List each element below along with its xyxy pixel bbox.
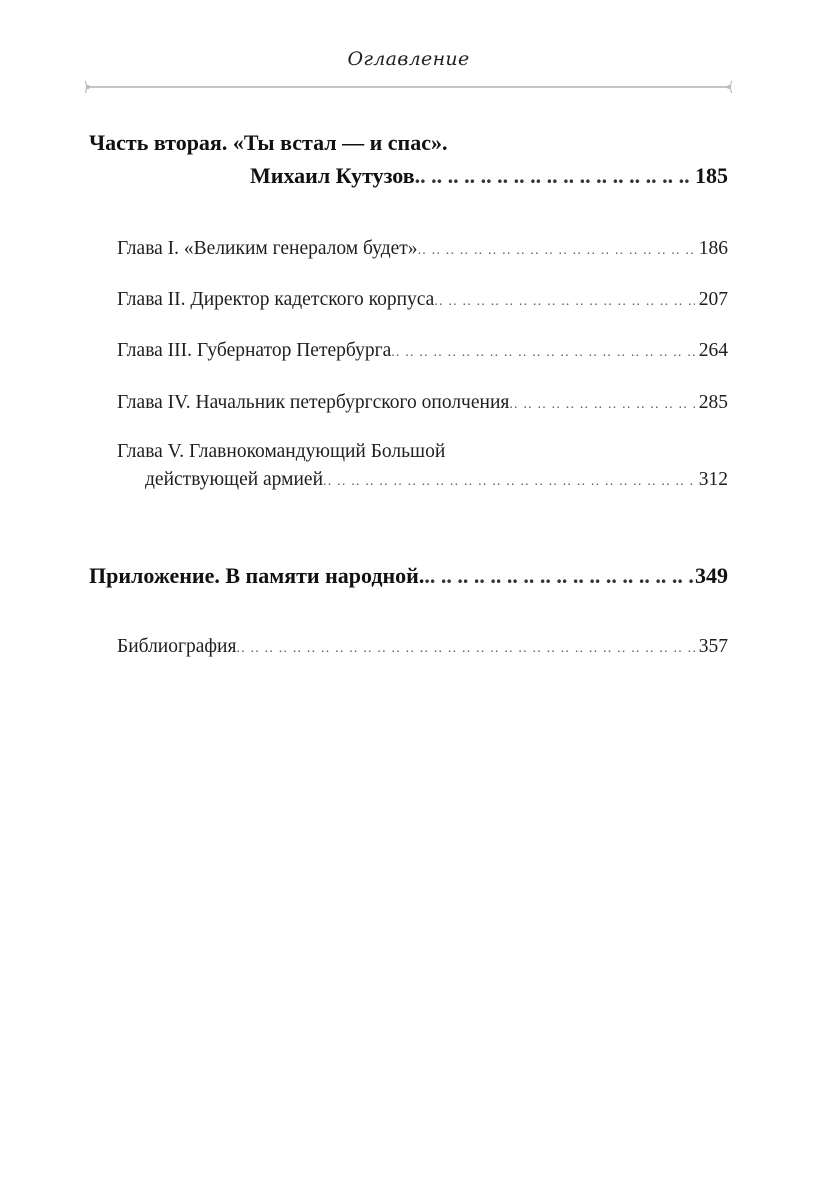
dot-leader: .. .. .. .. .. .. .. .. .. .. .. .. .. .… bbox=[418, 243, 695, 259]
chapter-title: Глава III. Губернатор Петербурга bbox=[117, 340, 391, 362]
running-head: Оглавление bbox=[0, 48, 817, 70]
part-two-line2: Михаил Кутузов .. .. .. .. .. .. .. .. .… bbox=[250, 163, 728, 189]
chapter-title: Глава V. Главнокомандующий Большой bbox=[117, 441, 445, 463]
rule-line bbox=[88, 86, 729, 88]
dot-leader: .. .. .. .. .. .. .. .. .. .. .. .. .. .… bbox=[415, 163, 695, 189]
page-number: 207 bbox=[695, 289, 728, 311]
decorative-rule bbox=[80, 80, 737, 94]
page-number: 186 bbox=[695, 238, 728, 260]
part-two-title: Часть вторая. «Ты встал — и спас». bbox=[89, 130, 448, 156]
dot-leader: .. .. .. .. .. .. .. .. .. .. .. .. .. .… bbox=[434, 294, 694, 310]
dot-leader: .. .. .. .. .. .. .. .. .. .. .. .. .. .… bbox=[323, 474, 695, 490]
fleuron-right-icon bbox=[723, 80, 737, 94]
page-number: 185 bbox=[695, 163, 728, 189]
dot-leader: .. .. .. .. .. .. .. .. .. .. .. .. .. .… bbox=[509, 397, 694, 413]
page-number: 312 bbox=[695, 469, 728, 491]
page-number: 357 bbox=[695, 636, 728, 658]
chapter-title: Глава II. Директор кадетского корпуса bbox=[117, 289, 434, 311]
dot-leader: .. .. .. .. .. .. .. .. .. .. .. .. .. .… bbox=[424, 563, 695, 589]
bibliography-title: Библиография bbox=[117, 636, 236, 658]
page-number: 285 bbox=[695, 392, 728, 414]
dot-leader: .. .. .. .. .. .. .. .. .. .. .. .. .. .… bbox=[236, 641, 694, 657]
part-two-subtitle: Михаил Кутузов bbox=[250, 163, 415, 189]
page-number: 349 bbox=[695, 563, 728, 589]
chapter-title: Глава I. «Великим генералом будет» bbox=[117, 238, 418, 260]
chapter-title-continuation: действующей армией bbox=[145, 469, 323, 491]
chapter-title: Глава IV. Начальник петербургского ополч… bbox=[117, 392, 509, 414]
page-number: 264 bbox=[695, 340, 728, 362]
dot-leader: .. .. .. .. .. .. .. .. .. .. .. .. .. .… bbox=[391, 345, 695, 361]
part-two-line1: Часть вторая. «Ты встал — и спас». bbox=[89, 130, 448, 156]
fleuron-left-icon bbox=[80, 80, 94, 94]
appendix-title: Приложение. В памяти народной. bbox=[89, 563, 424, 589]
